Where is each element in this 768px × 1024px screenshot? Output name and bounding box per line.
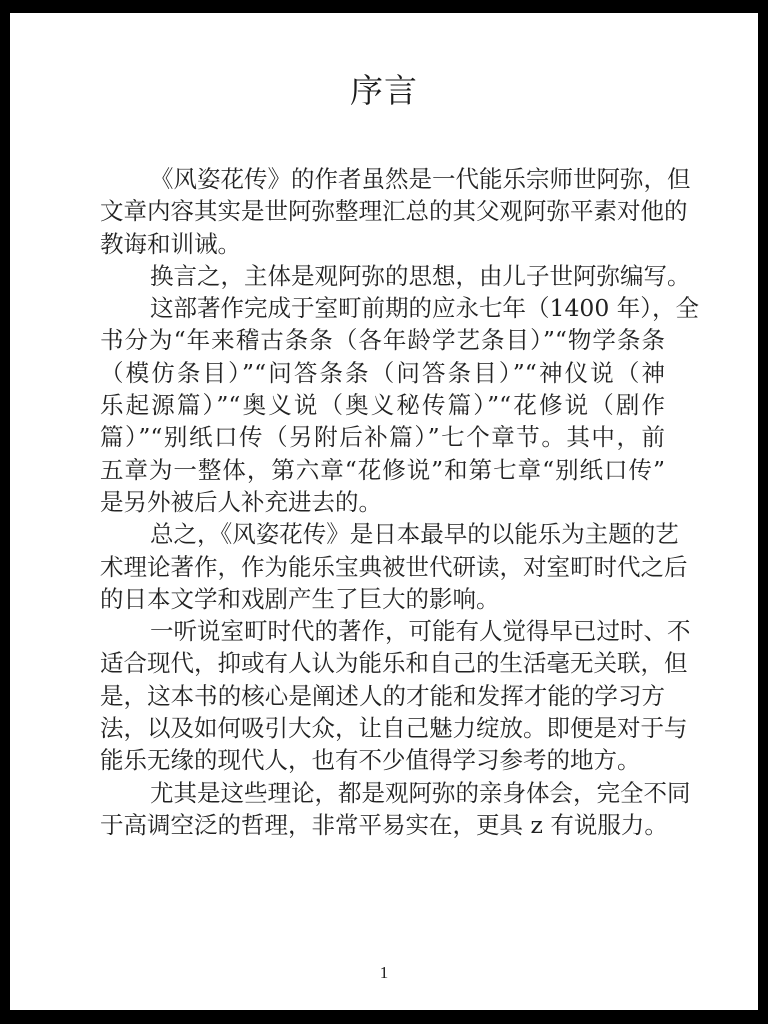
paragraph: 换言之，主体是观阿弥的思想，由儿子世阿弥编写。 — [100, 260, 680, 292]
text-line: 于高调空泛的哲理，非常平易实在，更具 z 有说服力。 — [100, 809, 665, 841]
text-line: 书分为“年来稽古条条（各年龄学艺条目）”“物学条条 — [100, 324, 665, 356]
text-line: 教诲和训诫。 — [100, 228, 665, 260]
text-line: 是，这本书的核心是阐述人的才能和发挥才能的学习方 — [100, 680, 665, 712]
text-line: 换言之，主体是观阿弥的思想，由儿子世阿弥编写。 — [100, 260, 665, 292]
text-line: 的日本文学和戏剧产生了巨大的影响。 — [100, 583, 665, 615]
paragraph: 总之，《风姿花传》是日本最早的以能乐为主题的艺 术理论著作，作为能乐宝典被世代研… — [100, 518, 680, 615]
paragraph: 《风姿花传》的作者虽然是一代能乐宗师世阿弥，但 文章内容其实是世阿弥整理汇总的其… — [100, 163, 680, 260]
text-line: 是另外被后人补充进去的。 — [100, 486, 665, 518]
text-line: 一听说室町时代的著作，可能有人觉得早已过时、不 — [100, 615, 665, 647]
paragraph: 这部著作完成于室町前期的应永七年（1400 年），全 书分为“年来稽古条条（各年… — [100, 292, 680, 518]
text-line: （模仿条目）”“问答条条（问答条目）”“神仪说（神 — [100, 357, 665, 389]
text-line: 总之，《风姿花传》是日本最早的以能乐为主题的艺 — [100, 518, 665, 550]
text-line: 尤其是这些理论，都是观阿弥的亲身体会，完全不同 — [100, 777, 665, 809]
text-line: 术理论著作，作为能乐宝典被世代研读，对室町时代之后 — [100, 551, 665, 583]
text-line: 乐起源篇）”“奥义说（奥义秘传篇）”“花修说（剧作 — [100, 389, 665, 421]
text-line: 法，以及如何吸引大众，让自己魅力绽放。即便是对于与 — [100, 712, 665, 744]
text-line: 五章为一整体，第六章“花修说”和第七章“别纸口传” — [100, 454, 665, 486]
text-line: 文章内容其实是世阿弥整理汇总的其父观阿弥平素对他的 — [100, 195, 665, 227]
document-body: 《风姿花传》的作者虽然是一代能乐宗师世阿弥，但 文章内容其实是世阿弥整理汇总的其… — [100, 163, 680, 841]
paragraph: 一听说室町时代的著作，可能有人觉得早已过时、不 适合现代，抑或有人认为能乐和自己… — [100, 615, 680, 776]
text-line: 适合现代，抑或有人认为能乐和自己的生活毫无关联，但 — [100, 647, 665, 679]
text-line: 《风姿花传》的作者虽然是一代能乐宗师世阿弥，但 — [100, 163, 665, 195]
text-line: 能乐无缘的现代人，也有不少值得学习参考的地方。 — [100, 744, 665, 776]
page-title: 序言 — [10, 71, 758, 111]
text-line: 篇）”“别纸口传（另附后补篇）”七个章节。其中，前 — [100, 421, 665, 453]
page-number: 1 — [10, 963, 758, 983]
paragraph: 尤其是这些理论，都是观阿弥的亲身体会，完全不同 于高调空泛的哲理，非常平易实在，… — [100, 777, 680, 842]
document-page: 序言 《风姿花传》的作者虽然是一代能乐宗师世阿弥，但 文章内容其实是世阿弥整理汇… — [10, 13, 758, 1010]
text-line: 这部著作完成于室町前期的应永七年（1400 年），全 — [100, 292, 665, 324]
